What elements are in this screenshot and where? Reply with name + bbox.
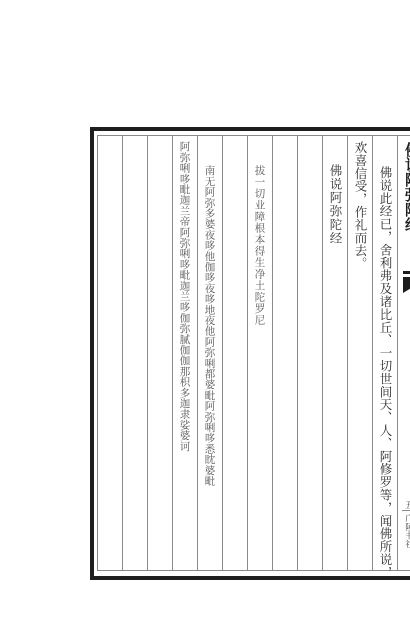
column-10: 欢喜信受，作礼而去。	[348, 136, 373, 570]
heart-divider	[402, 510, 410, 511]
column-11: 佛说此经已，舍利弗及诸比丘、一切世间天、人、阿修罗等，闻佛所说，	[373, 136, 398, 570]
body-line: 佛说此经已，舍利弗及诸比丘、一切世间天、人、阿修罗等，闻佛所说，	[373, 166, 397, 579]
column-8	[298, 136, 323, 570]
column-3: 阿弥唎哆毗迦兰帝阿弥唎哆毗迦兰哆伽弥腻伽伽那枳多迦隶娑婆诃	[173, 136, 198, 570]
closing-line: 欢喜信受，作礼而去。	[348, 141, 372, 270]
fishtail-ornament-icon	[403, 271, 410, 297]
column-1	[123, 136, 148, 570]
page-heart-column: 佛说阿弥陀经 五 广陵书社	[402, 136, 410, 570]
column-0	[98, 136, 123, 570]
column-5	[223, 136, 248, 570]
column-7	[273, 136, 298, 570]
column-2	[148, 136, 173, 570]
book-title: 佛说阿弥陀经	[404, 142, 410, 232]
dharani-line-1: 南无阿弥多婆夜哆他伽哆夜哆地夜他阿弥唎都婆毗阿弥唎哆悉眈婆毗	[198, 165, 222, 486]
dharani-title: 拔一切业障根本得生净土陀罗尼	[248, 165, 272, 326]
column-9: 佛说阿弥陀经	[323, 136, 348, 570]
column-6: 拔一切业障根本得生净土陀罗尼	[248, 136, 273, 570]
column-4: 南无阿弥多婆夜哆他伽哆夜哆地夜他阿弥唎都婆毗阿弥唎哆悉眈婆毗	[198, 136, 223, 570]
sutra-page: 阿弥唎哆毗迦兰帝阿弥唎哆毗迦兰哆伽弥腻伽伽那枳多迦隶娑婆诃 南无阿弥多婆夜哆他伽…	[90, 127, 410, 580]
dharani-line-2: 阿弥唎哆毗迦兰帝阿弥唎哆毗迦兰哆伽弥腻伽伽那枳多迦隶娑婆诃	[173, 141, 197, 451]
sutra-end-title: 佛说阿弥陀经	[323, 164, 347, 245]
publisher-mark: 广陵书社	[404, 514, 410, 548]
page-inner-frame: 阿弥唎哆毗迦兰帝阿弥唎哆毗迦兰哆伽弥腻伽伽那枳多迦隶娑婆诃 南无阿弥多婆夜哆他伽…	[97, 135, 410, 571]
